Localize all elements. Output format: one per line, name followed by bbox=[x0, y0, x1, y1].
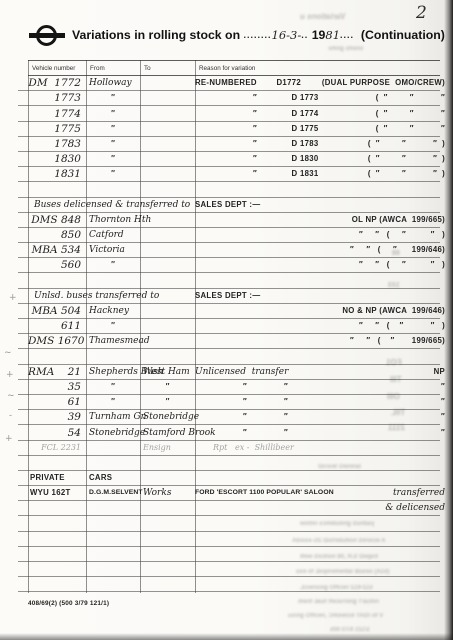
pencil-margin-mark: + bbox=[6, 370, 14, 380]
cell-vehicle-number: DM 1772 bbox=[28, 77, 86, 90]
table-row: & delicensed bbox=[18, 501, 440, 516]
table-row: PRIVATECARS bbox=[18, 471, 440, 486]
cell-vehicle-number: WYU 162T bbox=[28, 487, 86, 500]
cell-vehicle-number: 35 bbox=[28, 381, 86, 394]
cell-from: D.G.M.SELVENT bbox=[86, 487, 140, 500]
table-row: 35″″″ ″″ bbox=[18, 380, 440, 395]
cell-to bbox=[140, 241, 195, 242]
cell-reason: SALES DEPT :— bbox=[195, 290, 440, 303]
reason-text: Unlicensed transfer bbox=[195, 366, 288, 378]
cell-reason: ″ D 1775( ″ ″ ″ bbox=[195, 123, 440, 136]
cell-reason bbox=[195, 469, 440, 470]
cell-reason: NO & NP (AWCA 199/646) bbox=[195, 305, 440, 318]
reason-text: ″ ″ bbox=[195, 427, 288, 439]
table-rows: DM 1772HollowayRE-NUMBERED D1772(DUAL PU… bbox=[18, 76, 440, 592]
dotted-line: ........ bbox=[244, 30, 272, 40]
table-row bbox=[18, 547, 440, 562]
reason-note: transferred bbox=[393, 487, 445, 499]
reason-text: SALES DEPT :— bbox=[195, 199, 260, 211]
reason-text: ″ ″ bbox=[195, 411, 288, 423]
pencil-margin-mark: ~ bbox=[7, 391, 15, 401]
table-row: Unlsd. buses transferred toSALES DEPT :— bbox=[18, 289, 440, 304]
cell-reason bbox=[195, 530, 440, 531]
cell-reason bbox=[195, 590, 440, 591]
reason-note: OL NP (AWCA 199/665) bbox=[352, 214, 445, 226]
cell-to bbox=[140, 514, 195, 515]
cell-to bbox=[140, 135, 195, 136]
col-header-reason: Reason for variation bbox=[195, 60, 440, 75]
printed-year-prefix: 19 bbox=[308, 28, 325, 42]
cell-from bbox=[86, 469, 140, 470]
cell-from: ″ bbox=[86, 259, 140, 272]
cell-from: Hackney bbox=[86, 305, 140, 318]
cell-vehicle-number bbox=[28, 287, 86, 288]
cell-from: ″ bbox=[86, 108, 140, 121]
cell-vehicle-number: 1775 bbox=[28, 123, 86, 136]
cell-reason: ″ ″″ bbox=[195, 427, 440, 440]
cell-reason: ″ ″ ( ″ ″ ) bbox=[195, 320, 440, 333]
cell-vehicle-number: 1830 bbox=[28, 153, 86, 166]
form-title: Variations in rolling stock on ........1… bbox=[72, 28, 445, 42]
table-row: RMA 21Shepherds BushWest HamUnlicensed t… bbox=[18, 365, 440, 380]
cell-to bbox=[140, 89, 195, 90]
cell-from: ″ bbox=[86, 153, 140, 166]
reason-note: ( ″ ″ ″ ) bbox=[368, 168, 445, 180]
reason-note: ( ″ ″ ″ ) bbox=[368, 138, 445, 150]
section-heading: Buses delicensed & transferred to bbox=[28, 199, 195, 212]
scanned-document-page: Variations usnoits gnihc88103FO1TIIIOIII… bbox=[0, 0, 453, 640]
form-reference-number: 408/69(2) (500 3/79 121/1) bbox=[28, 600, 109, 607]
reason-note: ″ ″ ( ″ ″ ) bbox=[359, 259, 445, 271]
reason-note: ( ″ ″ ″ bbox=[376, 92, 445, 104]
cell-reason: ″ ″ ( ″ 199/646) bbox=[195, 244, 440, 257]
col-header-to: To bbox=[140, 60, 195, 75]
cell-to bbox=[140, 530, 195, 531]
table-row bbox=[18, 273, 440, 288]
cell-to bbox=[140, 165, 195, 166]
pencil-margin-mark: + bbox=[5, 434, 13, 444]
cell-vehicle-number bbox=[28, 363, 86, 364]
bleedthrough-fragment: rotcarT gnirruceR tsaE tnem bbox=[298, 599, 379, 605]
reason-text: FORD 'ESCORT 1100 POPULAR' SALOON bbox=[195, 487, 334, 499]
cell-from bbox=[86, 545, 140, 546]
cell-from: ″ bbox=[86, 381, 140, 394]
cell-from bbox=[86, 454, 140, 455]
cell-vehicle-number: 39 bbox=[28, 411, 86, 424]
cell-from bbox=[86, 590, 140, 591]
table-row: Buses delicensed & transferred toSALES D… bbox=[18, 198, 440, 213]
cell-vehicle-number: DMS 848 bbox=[28, 214, 86, 227]
cell-to: Stonebridge bbox=[140, 411, 195, 424]
pencil-margin-mark: + bbox=[9, 293, 17, 303]
london-transport-roundel-icon bbox=[29, 24, 65, 47]
cell-to bbox=[140, 256, 195, 257]
cell-to bbox=[140, 271, 195, 272]
cell-from bbox=[86, 287, 140, 288]
reason-note: (DUAL PURPOSE OMO/CREW) bbox=[322, 77, 445, 89]
cell-vehicle-number bbox=[28, 514, 86, 515]
reason-text: ″ D 1830 bbox=[195, 153, 319, 165]
cell-reason: ″ ″″ bbox=[195, 396, 440, 409]
cell-from bbox=[86, 575, 140, 576]
reason-note: ″ ″ ( ″ ″ ) bbox=[359, 229, 445, 241]
table-row bbox=[18, 532, 440, 547]
scan-edge-shadow-bottom bbox=[0, 633, 453, 640]
cell-to bbox=[140, 347, 195, 348]
reason-text: ″ D 1773 bbox=[195, 92, 319, 104]
cell-reason: ″ ″ ( ″ ″ ) bbox=[195, 259, 440, 272]
cell-to: Ensign bbox=[140, 442, 195, 455]
cell-from bbox=[86, 363, 140, 364]
cell-to bbox=[140, 104, 195, 105]
cell-vehicle-number bbox=[28, 575, 86, 576]
table-row bbox=[18, 182, 440, 197]
cell-reason bbox=[195, 560, 440, 561]
cell-reason: ″ D 1773( ″ ″ ″ bbox=[195, 92, 440, 105]
cell-to bbox=[140, 180, 195, 181]
cell-to bbox=[140, 332, 195, 333]
cell-to: Works bbox=[140, 487, 195, 500]
reason-text: RE-NUMBERED D1772 bbox=[195, 77, 301, 89]
cell-reason: ″ ″ ( ″ ″ ) bbox=[195, 229, 440, 242]
table-row: 1783″″ D 1783( ″ ″ ″ ) bbox=[18, 137, 440, 152]
cell-vehicle-number: 850 bbox=[28, 229, 86, 242]
cell-vehicle-number bbox=[28, 469, 86, 470]
cell-vehicle-number: 1783 bbox=[28, 138, 86, 151]
reason-text: ″ D 1831 bbox=[195, 168, 319, 180]
cell-vehicle-number: MBA 534 bbox=[28, 244, 86, 257]
reason-text: Rpt ex - Shillibeer bbox=[195, 442, 294, 454]
cell-reason: ″ ″ ( ″ 199/665) bbox=[195, 335, 440, 348]
handwritten-year: 81 bbox=[325, 28, 340, 42]
cell-to bbox=[140, 226, 195, 227]
section-heading: Unlsd. buses transferred to bbox=[28, 290, 195, 303]
reason-note: ( ″ ″ ″ ) bbox=[368, 153, 445, 165]
handwritten-date: 16-3- bbox=[272, 28, 302, 42]
cell-reason: ″ D 1783( ″ ″ ″ ) bbox=[195, 138, 440, 151]
cell-vehicle-number bbox=[28, 545, 86, 546]
cell-to bbox=[140, 150, 195, 151]
cell-from: Turnham Gn bbox=[86, 411, 140, 424]
reason-text: ″ ″ bbox=[195, 381, 288, 393]
cell-from bbox=[86, 530, 140, 531]
table-row bbox=[18, 516, 440, 531]
cell-from: ″ bbox=[86, 138, 140, 151]
table-row: 850Catford″ ″ ( ″ ″ ) bbox=[18, 228, 440, 243]
table-row: 1830″″ D 1830( ″ ″ ″ ) bbox=[18, 152, 440, 167]
cell-vehicle-number bbox=[28, 590, 86, 591]
cell-vehicle-number: 1831 bbox=[28, 168, 86, 181]
cell-reason: RE-NUMBERED D1772(DUAL PURPOSE OMO/CREW) bbox=[195, 77, 440, 90]
table-row: 61″″″ ″″ bbox=[18, 395, 440, 410]
cell-to bbox=[140, 590, 195, 591]
cell-vehicle-number: 54 bbox=[28, 427, 86, 440]
reason-note: ( ″ ″ ″ bbox=[376, 108, 445, 120]
cell-to bbox=[140, 317, 195, 318]
cell-from: Catford bbox=[86, 229, 140, 242]
pencil-margin-mark: - bbox=[9, 411, 12, 421]
table-row: FCL 2231EnsignRpt ex - Shillibeer bbox=[18, 441, 440, 456]
cell-vehicle-number: FCL 2231 bbox=[28, 442, 86, 455]
table-row: 1775″″ D 1775( ″ ″ ″ bbox=[18, 122, 440, 137]
cell-from: ″ bbox=[86, 92, 140, 105]
cell-to: ″ bbox=[140, 381, 195, 394]
cell-reason: ″ ″″ bbox=[195, 411, 440, 424]
cell-vehicle-number: 611 bbox=[28, 320, 86, 333]
cell-to bbox=[140, 545, 195, 546]
reason-note: ″ ″ ( ″ ″ ) bbox=[359, 320, 445, 332]
cell-vehicle-number: PRIVATE bbox=[28, 472, 86, 485]
cell-to bbox=[140, 363, 195, 364]
col-header-vehicle-number: Vehicle number bbox=[28, 60, 86, 75]
dotted-line: .... bbox=[340, 30, 354, 40]
cell-from: Victoria bbox=[86, 244, 140, 257]
cell-from: Thornton Hth bbox=[86, 214, 140, 227]
table-row: DMS 1670Thamesmead″ ″ ( ″ 199/665) bbox=[18, 334, 440, 349]
cell-to: West Ham bbox=[140, 366, 195, 379]
cell-to bbox=[140, 560, 195, 561]
cell-reason: ″ ″″ bbox=[195, 381, 440, 394]
table-row bbox=[18, 456, 440, 471]
reason-text: ″ ″ bbox=[195, 396, 288, 408]
reason-note: ″ ″ ( ″ 199/646) bbox=[350, 244, 445, 256]
cell-to: Stamford Brook bbox=[140, 427, 195, 440]
cell-from: CARS bbox=[86, 472, 140, 485]
table-row: 1774″″ D 1774( ″ ″ ″ bbox=[18, 106, 440, 121]
cell-vehicle-number: MBA 504 bbox=[28, 305, 86, 318]
spacer bbox=[354, 28, 361, 42]
cell-vehicle-number: RMA 21 bbox=[28, 366, 86, 379]
variations-table: Vehicle number From To Reason for variat… bbox=[18, 60, 440, 592]
reason-note: ″ ″ ( ″ 199/665) bbox=[350, 335, 445, 347]
cell-reason: ″ D 1774( ″ ″ ″ bbox=[195, 108, 440, 121]
table-row bbox=[18, 349, 440, 364]
table-row: WYU 162TD.G.M.SELVENTWorksFORD 'ESCORT 1… bbox=[18, 486, 440, 501]
cell-from: Holloway bbox=[86, 77, 140, 90]
cell-to: ″ bbox=[140, 396, 195, 409]
bleedthrough-fragment: V fo rDAT kciwsihC ,reciffO gnisu bbox=[288, 613, 383, 619]
cell-reason bbox=[195, 484, 440, 485]
cell-reason: ″ D 1830( ″ ″ ″ ) bbox=[195, 153, 440, 166]
cell-to bbox=[140, 287, 195, 288]
reason-note: NO & NP (AWCA 199/646) bbox=[342, 305, 445, 317]
cell-from: Stonebridge bbox=[86, 427, 140, 440]
cell-reason bbox=[195, 575, 440, 576]
title-text: Variations in rolling stock on bbox=[72, 28, 244, 42]
table-row: DMS 848Thornton HthOL NP (AWCA 199/665) bbox=[18, 213, 440, 228]
cell-to bbox=[140, 484, 195, 485]
cell-from: ″ bbox=[86, 123, 140, 136]
roundel-bar bbox=[29, 33, 65, 38]
reason-note: & delicensed bbox=[385, 502, 445, 514]
cell-from bbox=[86, 514, 140, 515]
cell-reason: Rpt ex - Shillibeer bbox=[195, 442, 440, 455]
cell-vehicle-number: 61 bbox=[28, 396, 86, 409]
cell-to bbox=[140, 120, 195, 121]
cell-vehicle-number bbox=[28, 530, 86, 531]
cell-from: ″ bbox=[86, 168, 140, 181]
col-header-from: From bbox=[86, 60, 140, 75]
cell-reason: OL NP (AWCA 199/665) bbox=[195, 214, 440, 227]
scan-edge-shadow-right bbox=[444, 0, 453, 640]
bleedthrough-fragment: snoits gnihc bbox=[328, 46, 363, 52]
cell-reason bbox=[195, 196, 440, 197]
reason-text: ″ D 1774 bbox=[195, 108, 319, 120]
cell-reason bbox=[195, 545, 440, 546]
cell-vehicle-number: 1773 bbox=[28, 92, 86, 105]
reason-text: SALES DEPT :— bbox=[195, 290, 260, 302]
cell-reason bbox=[195, 287, 440, 288]
table-row bbox=[18, 562, 440, 577]
cell-from: ″ bbox=[86, 320, 140, 333]
reason-note: ( ″ ″ ″ bbox=[376, 123, 445, 135]
table-header-row: Vehicle number From To Reason for variat… bbox=[28, 60, 440, 76]
continuation-label: (Continuation) bbox=[361, 28, 445, 42]
table-row: DM 1772HollowayRE-NUMBERED D1772(DUAL PU… bbox=[18, 76, 440, 91]
cell-reason: Unlicensed transferNP bbox=[195, 366, 440, 379]
bleedthrough-fragment: Variations u bbox=[300, 12, 345, 21]
cell-to bbox=[140, 196, 195, 197]
table-row: MBA 534Victoria″ ″ ( ″ 199/646) bbox=[18, 243, 440, 258]
cell-vehicle-number bbox=[28, 196, 86, 197]
table-row: 1773″″ D 1773( ″ ″ ″ bbox=[18, 91, 440, 106]
page-number: 2 bbox=[416, 3, 427, 23]
cell-vehicle-number: 560 bbox=[28, 259, 86, 272]
cell-vehicle-number: 1774 bbox=[28, 108, 86, 121]
cell-from: ″ bbox=[86, 396, 140, 409]
cell-from: Shepherds Bush bbox=[86, 366, 140, 379]
reason-text: ″ D 1775 bbox=[195, 123, 319, 135]
cell-reason: ″ D 1831( ″ ″ ″ ) bbox=[195, 168, 440, 181]
cell-reason: & delicensed bbox=[195, 502, 440, 515]
cell-reason: FORD 'ESCORT 1100 POPULAR' SALOONtransfe… bbox=[195, 487, 440, 500]
cell-to bbox=[140, 575, 195, 576]
pencil-margin-mark: ~ bbox=[4, 348, 12, 358]
table-row bbox=[18, 577, 440, 592]
cell-reason bbox=[195, 363, 440, 364]
table-row: 1831″″ D 1831( ″ ″ ″ ) bbox=[18, 167, 440, 182]
cell-vehicle-number: DMS 1670 bbox=[28, 335, 86, 348]
table-row: MBA 504HackneyNO & NP (AWCA 199/646) bbox=[18, 304, 440, 319]
table-row: 54StonebridgeStamford Brook″ ″″ bbox=[18, 425, 440, 440]
reason-text: ″ D 1783 bbox=[195, 138, 319, 150]
cell-vehicle-number bbox=[28, 560, 86, 561]
cell-reason: SALES DEPT :— bbox=[195, 199, 440, 212]
cell-from bbox=[86, 196, 140, 197]
cell-from: Thamesmead bbox=[86, 335, 140, 348]
cell-from bbox=[86, 560, 140, 561]
table-row: 611″″ ″ ( ″ ″ ) bbox=[18, 319, 440, 334]
cell-to bbox=[140, 469, 195, 470]
table-row: 39Turnham GnStonebridge″ ″″ bbox=[18, 410, 440, 425]
table-row: 560″″ ″ ( ″ ″ ) bbox=[18, 258, 440, 273]
